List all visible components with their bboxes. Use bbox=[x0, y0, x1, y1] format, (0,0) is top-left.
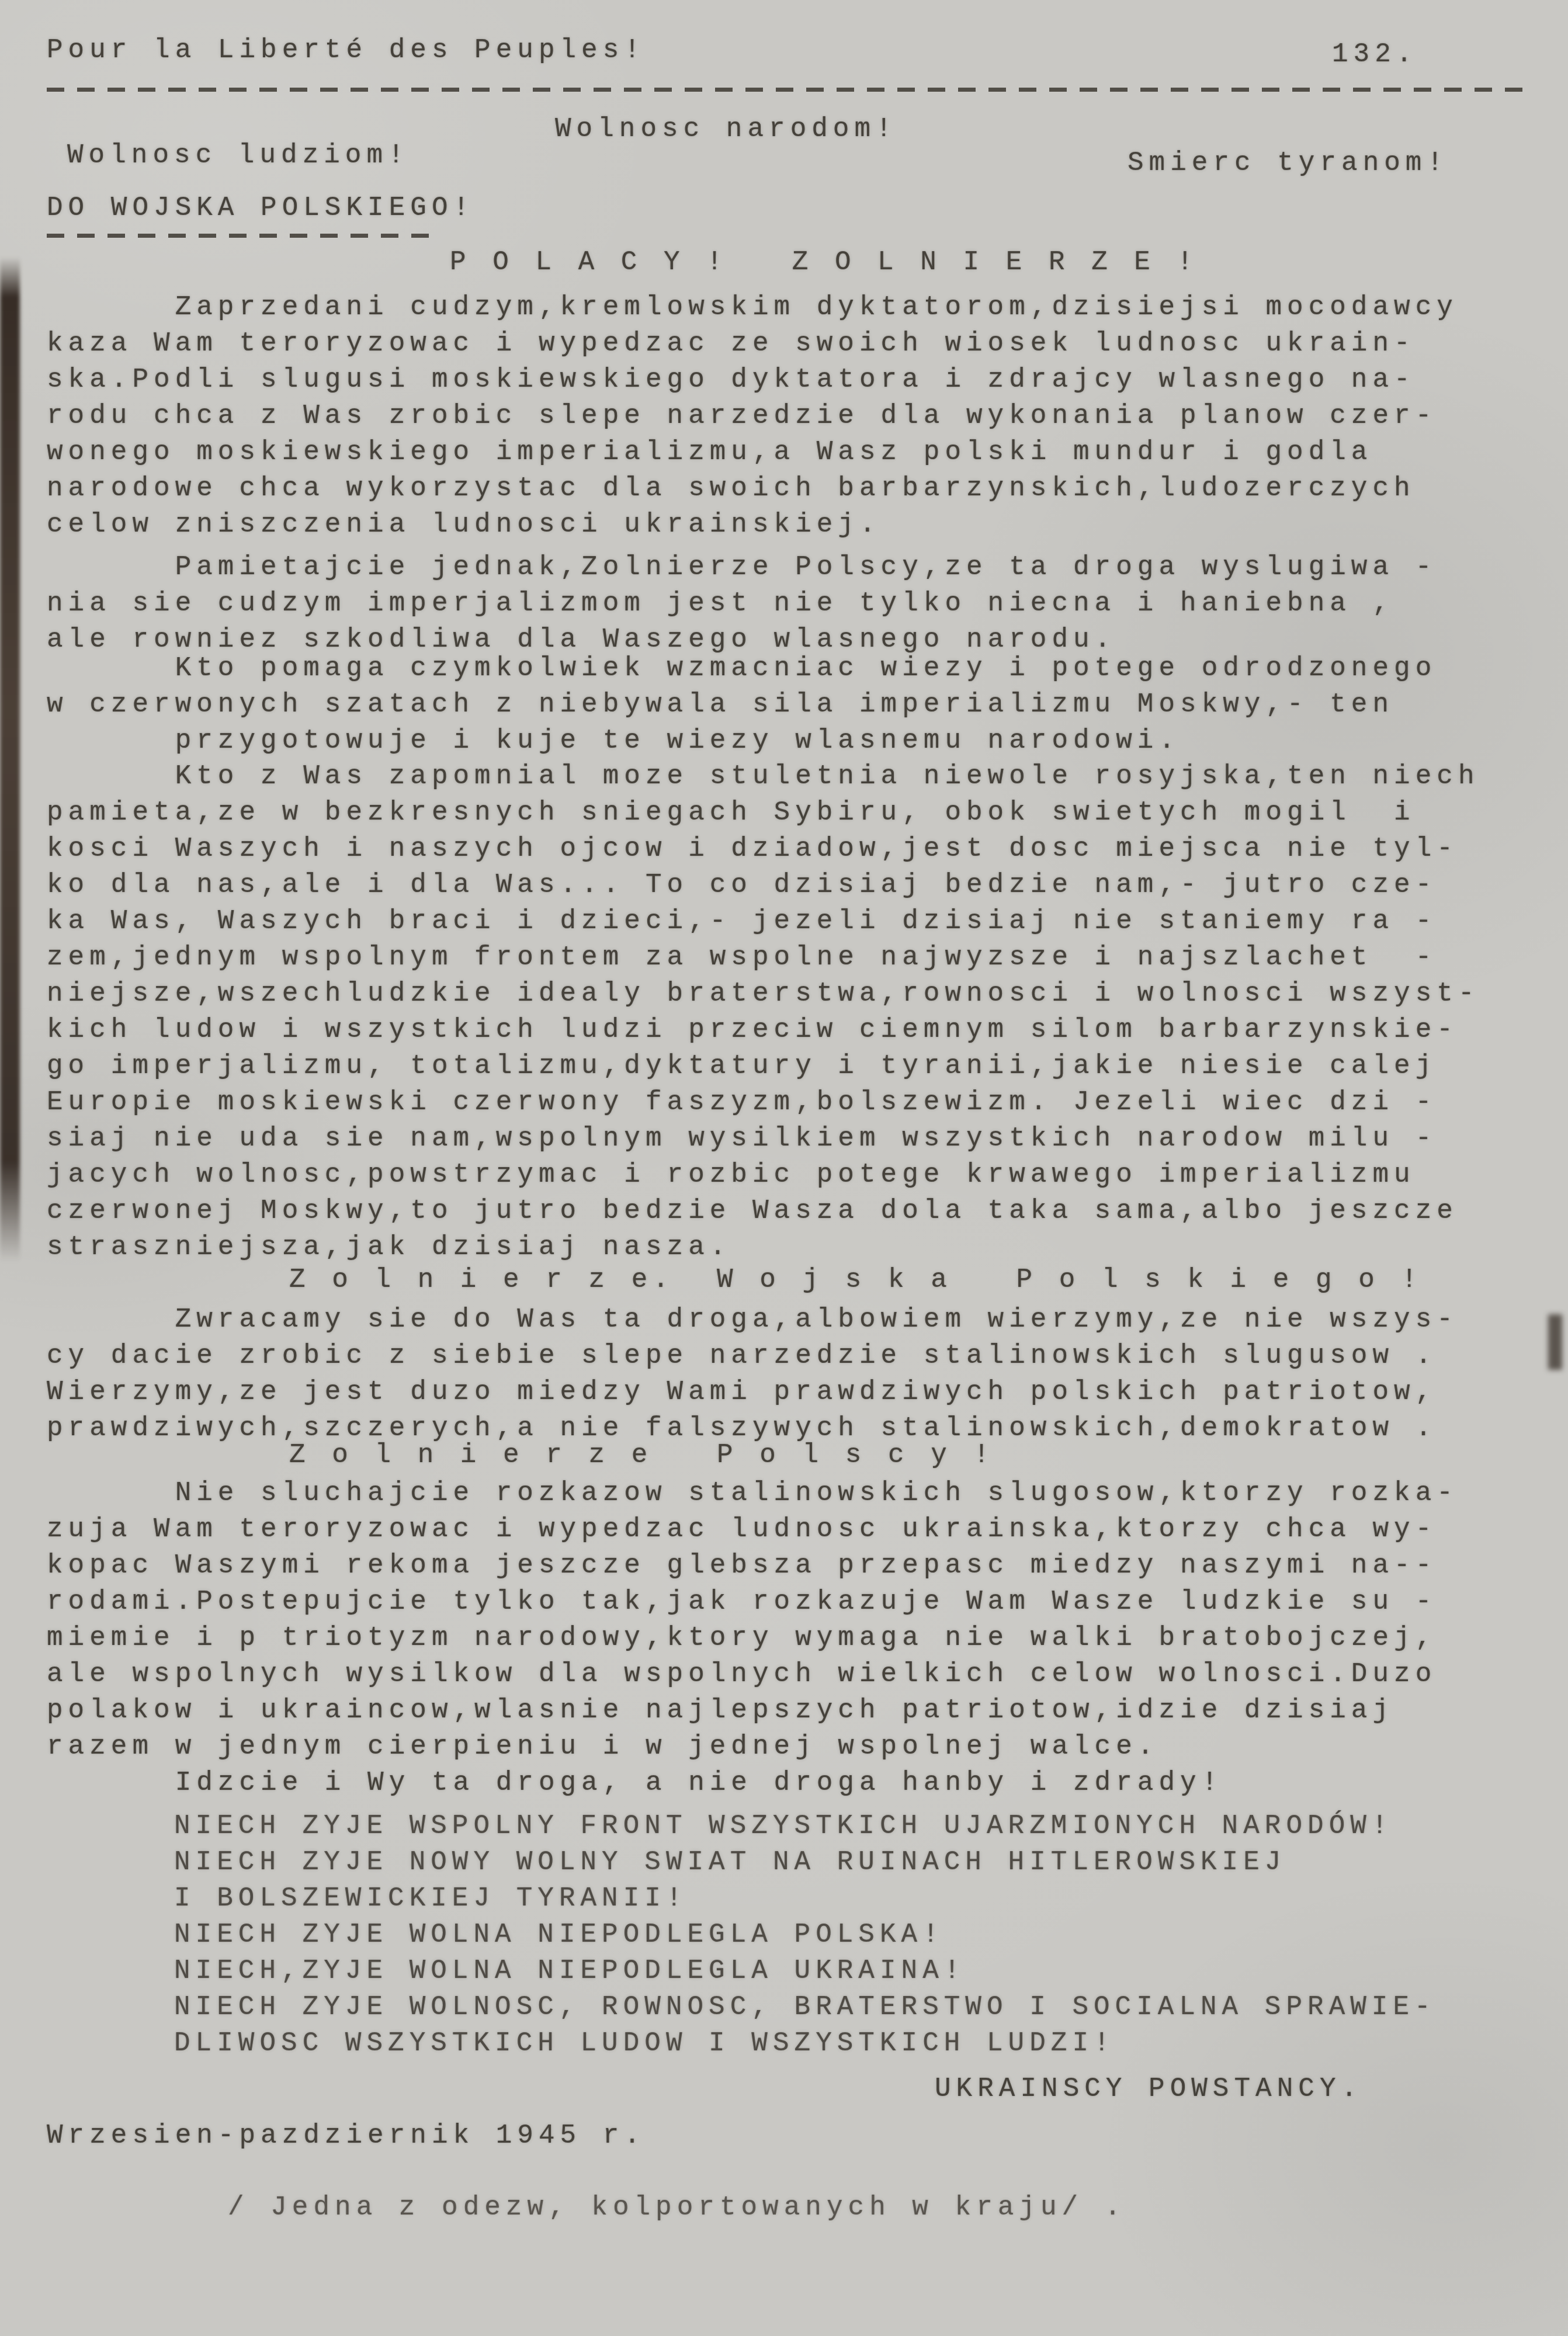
footer-note: / Jedna z odezw, kolportowanych w kraju/… bbox=[228, 2189, 1126, 2226]
scan-binding-shadow bbox=[0, 257, 20, 1262]
scanned-leaflet-page: Pour la Liberté des Peuples! 132. Wolnos… bbox=[0, 0, 1568, 2336]
paragraph-6: Nie sluchajcie rozkazow stalinowskich sl… bbox=[47, 1475, 1458, 1801]
paragraph-3: Kto pomaga czymkolwiek wzmacniac wiezy i… bbox=[47, 650, 1437, 759]
address-heading: DO WOJSKA POLSKIEGO! bbox=[47, 190, 474, 226]
slogan-left: Wolnosc ludziom! bbox=[67, 137, 410, 173]
heading-zolnierze-wojska: Z o l n i e r z e. W o j s k a P o l s k… bbox=[289, 1262, 1423, 1298]
salutation-heading: P O L A C Y ! Z O L N I E R Z E ! bbox=[450, 244, 1198, 280]
paragraph-5: Zwracamy sie do Was ta droga,albowiem wi… bbox=[47, 1301, 1458, 1446]
paragraph-4: Kto z Was zapomnial moze stuletnia niewo… bbox=[47, 758, 1480, 1265]
page-number: 132. bbox=[1332, 36, 1417, 72]
scan-edge-smudge bbox=[1548, 1314, 1562, 1370]
heading-zolnierze-polscy: Z o l n i e r z e P o l s c y ! bbox=[289, 1437, 995, 1473]
proclamations-block: NIECH ZYJE WSPOLNY FRONT WSZYSTKICH UJAR… bbox=[174, 1808, 1436, 2061]
address-dashed-underline bbox=[47, 234, 432, 238]
motto-line: Pour la Liberté des Peuples! bbox=[47, 32, 646, 68]
paragraph-1: Zaprzedani cudzym,kremlowskim dyktatorom… bbox=[47, 289, 1458, 543]
date-line: Wrzesien-pazdziernik 1945 r. bbox=[47, 2118, 646, 2154]
slogan-right: Smierc tyranom! bbox=[1128, 145, 1448, 181]
slogan-center: Wolnosc narodom! bbox=[555, 111, 897, 147]
paragraph-2: Pamietajcie jednak,Zolnierze Polscy,ze t… bbox=[47, 549, 1437, 658]
header-dashed-rule bbox=[47, 88, 1534, 92]
signature-line: UKRAINSCY POWSTANCY. bbox=[935, 2071, 1362, 2107]
